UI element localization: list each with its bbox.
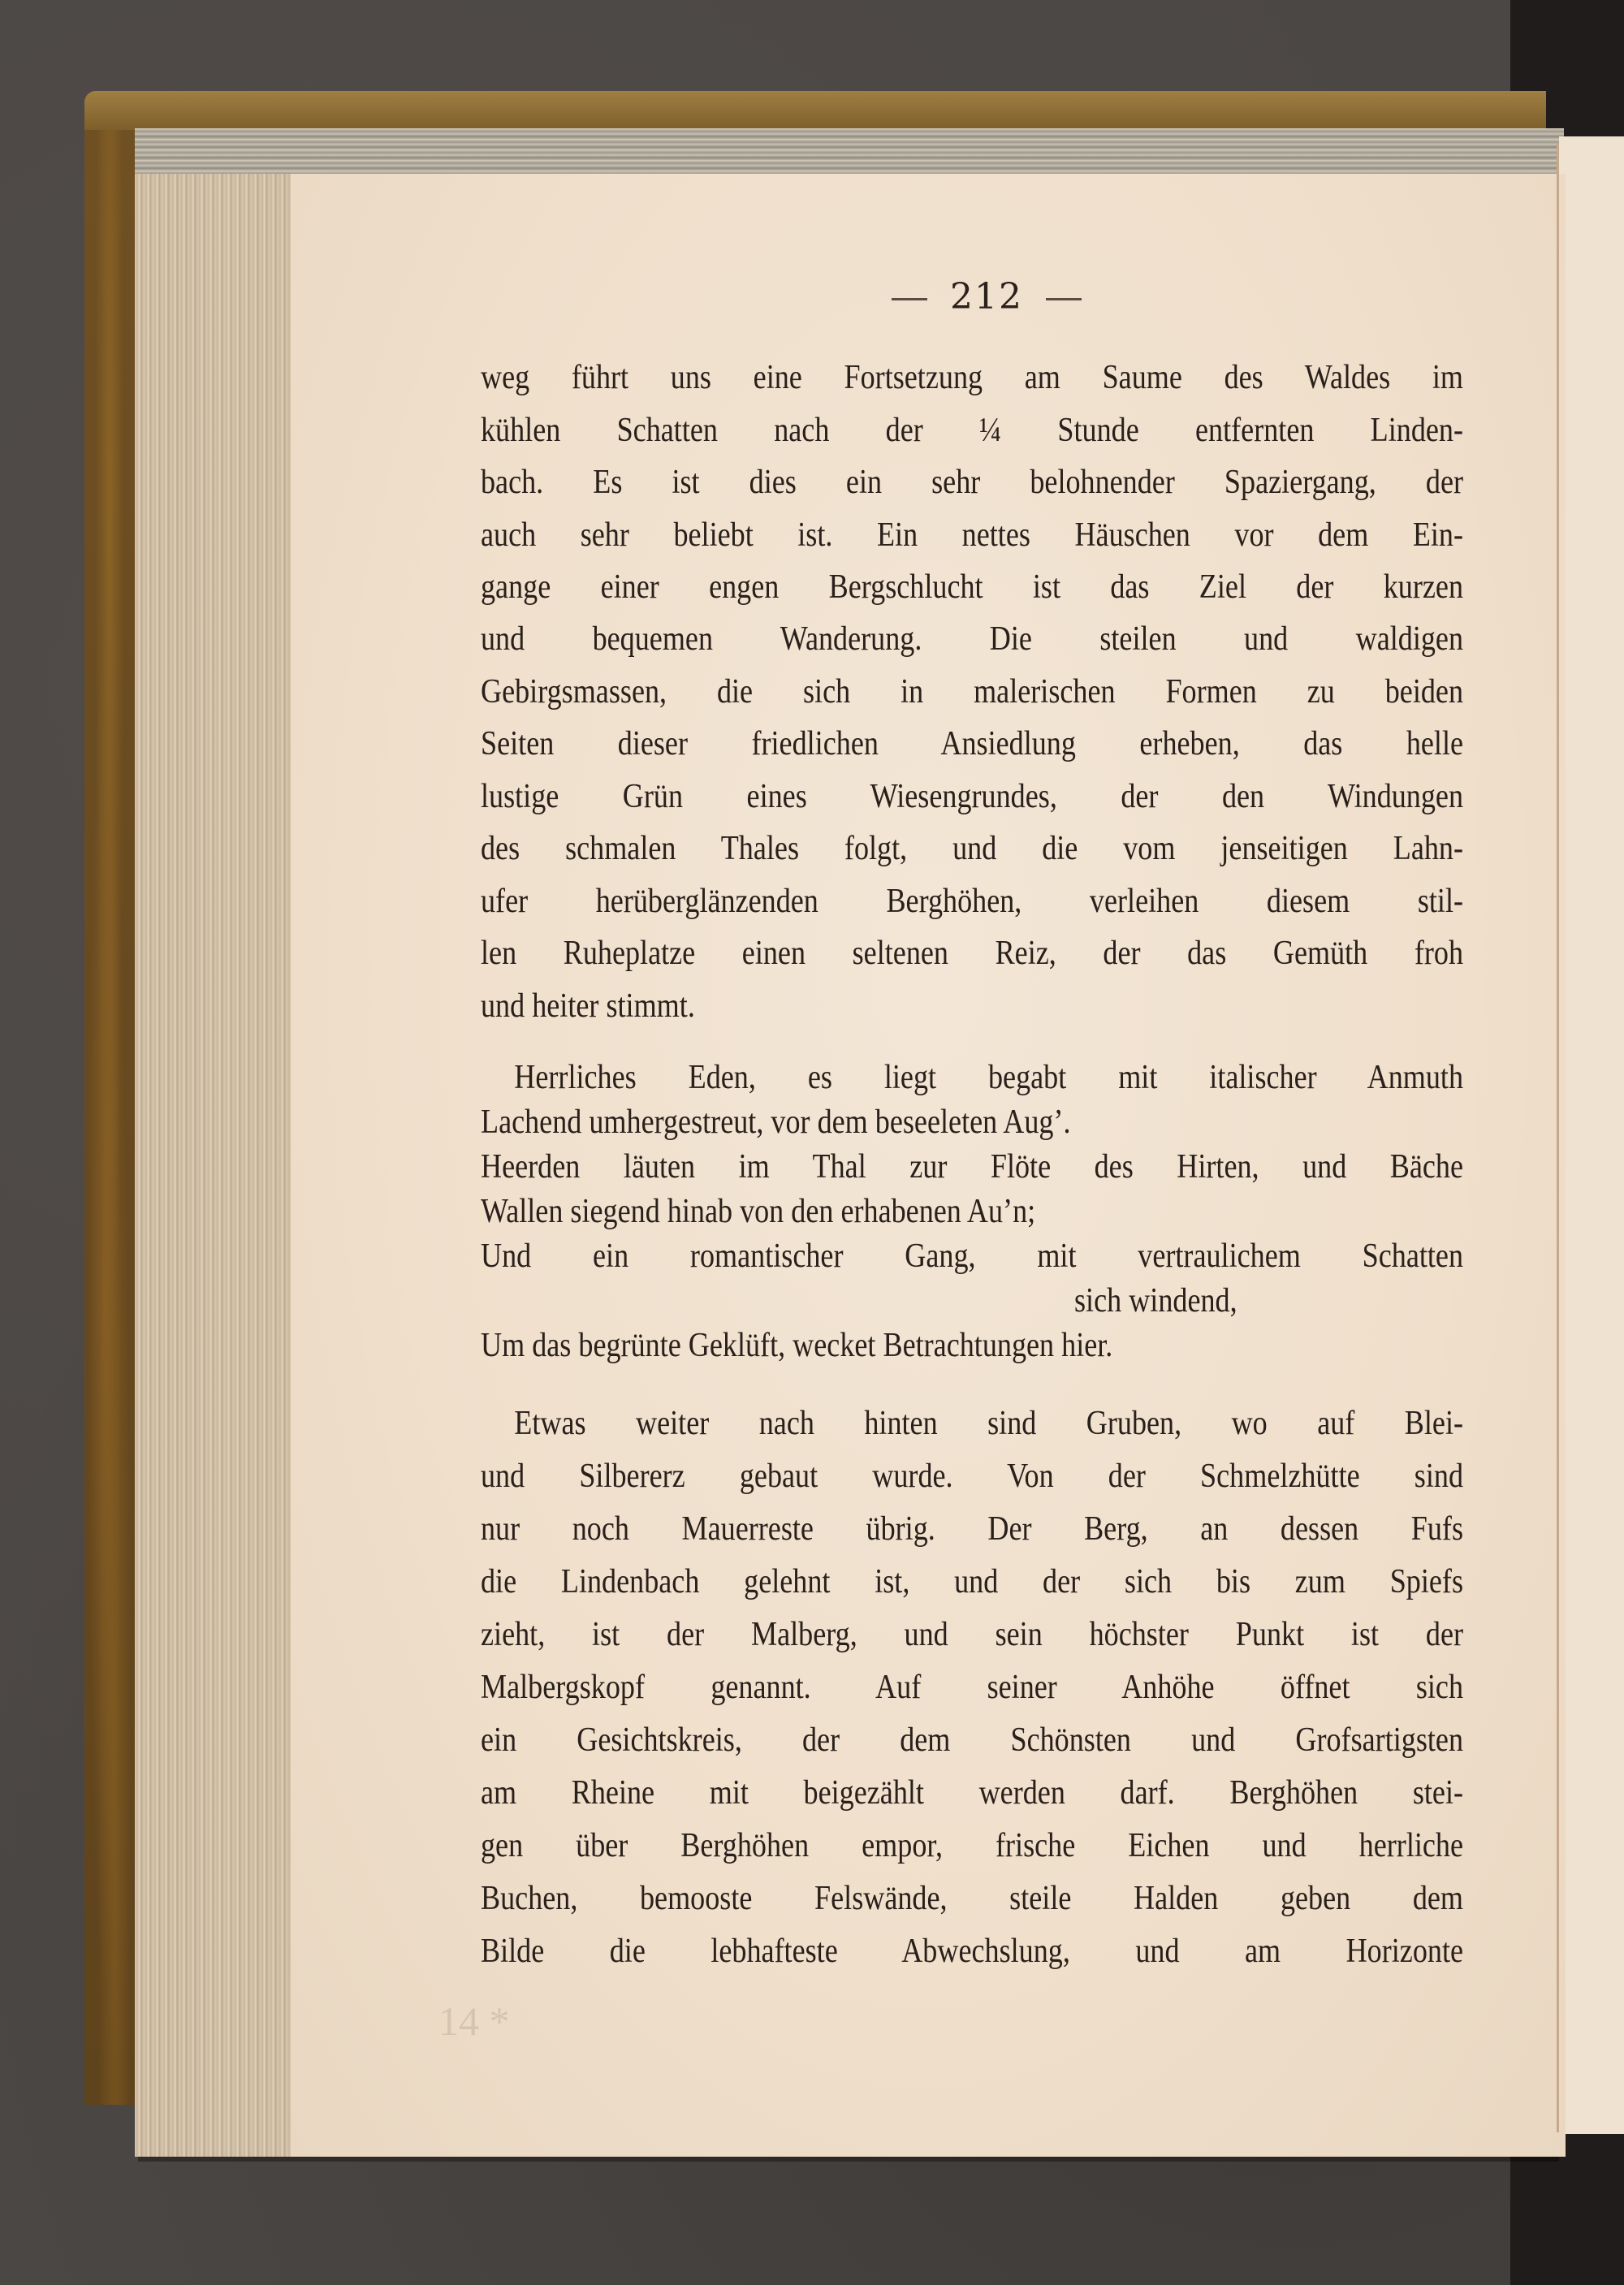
poem-line: Um das begrünte Geklüft, wecket Betracht… <box>481 1325 1463 1366</box>
text-line: len Ruheplatze einen seltenen Reiz, der … <box>481 933 1463 974</box>
text-line: am Rheine mit beigezählt werden darf. Be… <box>481 1773 1463 1813</box>
poem-line: Und ein romantischer Gang, mit vertrauli… <box>481 1236 1463 1276</box>
poem-line: Lachend umhergestreut, vor dem beseelete… <box>481 1102 1463 1142</box>
bleed-through-signature: 14 * <box>438 1998 510 2045</box>
poem-line: Wallen siegend hinab von den erhabenen A… <box>481 1191 1463 1232</box>
gutter <box>1557 143 1559 2132</box>
book-cover-top-edge <box>84 91 1546 130</box>
text-line: Bilde die lebhafteste Abwechslung, und a… <box>481 1931 1463 1972</box>
header-dash-right <box>1046 298 1082 300</box>
poem-line: Heerden läuten im Thal zur Flöte des Hir… <box>481 1147 1463 1187</box>
text-line: Malbergskopf genannt. Auf seiner Anhöhe … <box>481 1667 1463 1708</box>
text-line: und bequemen Wanderung. Die steilen und … <box>481 619 1463 659</box>
text-line: zieht, ist der Malberg, und sein höchste… <box>481 1614 1463 1655</box>
poem-line-continuation: sich windend, <box>481 1281 1463 1321</box>
page-stack-top-edges <box>135 128 1564 174</box>
text-line: gange einer engen Bergschlucht ist das Z… <box>481 567 1463 607</box>
text-line: und heiter stimmt. <box>481 986 1463 1026</box>
text-line: Seiten dieser friedlichen Ansiedlung erh… <box>481 724 1463 764</box>
text-line: des schmalen Thales folgt, und die vom j… <box>481 828 1463 869</box>
text-line: gen über Berghöhen empor, frische Eichen… <box>481 1825 1463 1866</box>
page-number: 212 <box>950 276 1023 317</box>
text-line: kühlen Schatten nach der ¼ Stunde entfer… <box>481 410 1463 451</box>
text-line: nur noch Mauerreste übrig. Der Berg, an … <box>481 1509 1463 1549</box>
text-line: auch sehr beliebt ist. Ein nettes Häusch… <box>481 515 1463 555</box>
text-line: bach. Es ist dies ein sehr belohnender S… <box>481 462 1463 503</box>
text-line: lustige Grün eines Wiesengrundes, der de… <box>481 776 1463 817</box>
page-header: 212 <box>869 276 1104 317</box>
header-dash-left <box>892 298 927 300</box>
text-line: Etwas weiter nach hinten sind Gruben, wo… <box>481 1403 1463 1444</box>
text-line: Gebirgsmassen, die sich in malerischen F… <box>481 672 1463 712</box>
text-line: Buchen, bemooste Felswände, steile Halde… <box>481 1878 1463 1919</box>
page-bottom-shadow <box>138 2157 1559 2162</box>
text-line: ufer herüberglänzenden Berghöhen, verlei… <box>481 881 1463 922</box>
text-line: die Lindenbach gelehnt ist, und der sich… <box>481 1561 1463 1602</box>
poem-line: Herrliches Eden, es liegt begabt mit ita… <box>481 1057 1463 1098</box>
text-line: und Silbererz gebaut wurde. Von der Schm… <box>481 1456 1463 1497</box>
text-line: ein Gesichtskreis, der dem Schönsten und… <box>481 1720 1463 1760</box>
facing-page <box>1559 136 1624 2134</box>
text-line: weg führt uns eine Fortsetzung am Saume … <box>481 357 1463 398</box>
book-cover-marbled-edge <box>84 130 135 2105</box>
